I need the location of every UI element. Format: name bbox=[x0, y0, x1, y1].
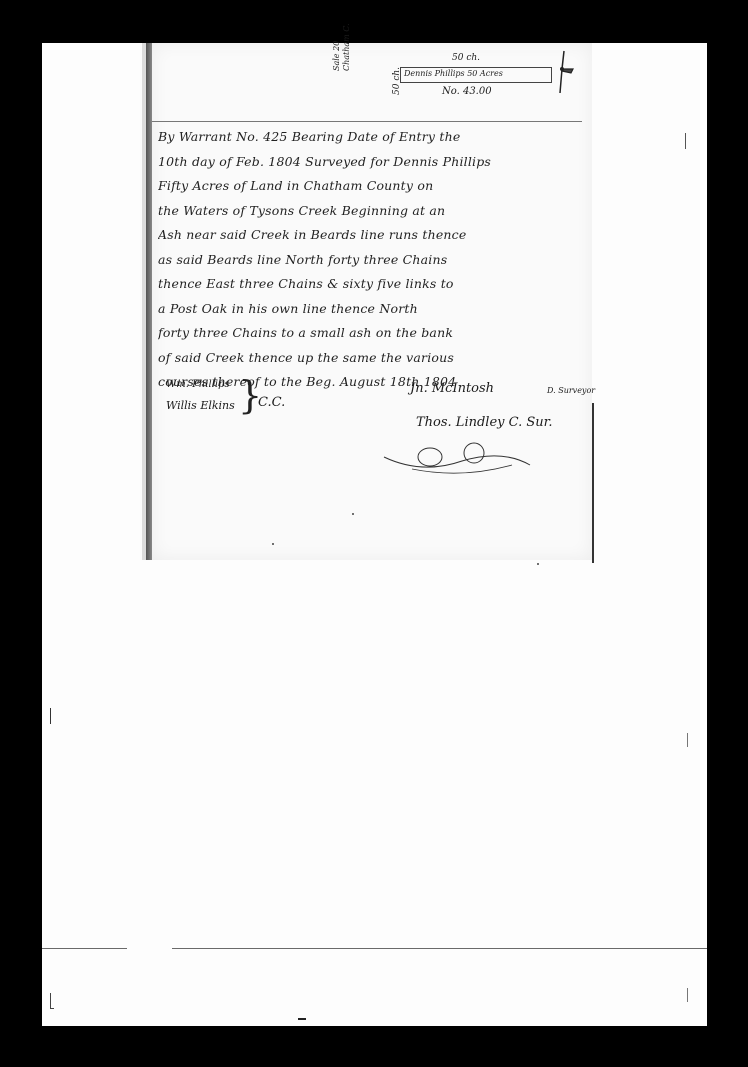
survey-document-sheet: Sale 20 Chatham C. 50 ch. Dennis Phillip… bbox=[152, 43, 592, 560]
body-line: the Waters of Tysons Creek Beginning at … bbox=[158, 199, 588, 224]
scanned-page: Sale 20 Chatham C. 50 ch. Dennis Phillip… bbox=[42, 43, 707, 1026]
body-line: By Warrant No. 425 Bearing Date of Entry… bbox=[158, 125, 588, 150]
corner-tree-icon bbox=[552, 49, 574, 95]
corner-mark bbox=[50, 1008, 54, 1009]
chain-carrier-name: Willis Elkins bbox=[166, 399, 235, 412]
corner-mark bbox=[50, 993, 51, 1008]
margin-note-line: Sale 20 bbox=[332, 23, 342, 71]
plat-side-label: 50 ch. bbox=[392, 67, 402, 95]
paper-speck bbox=[537, 563, 539, 565]
chain-carrier-name: Wm. Phillips bbox=[166, 379, 230, 390]
margin-note: Sale 20 Chatham C. bbox=[332, 23, 352, 71]
body-line: thence East three Chains & sixty five li… bbox=[158, 272, 588, 297]
fold-line-gap bbox=[127, 946, 172, 950]
body-line: a Post Oak in his own line thence North bbox=[158, 297, 588, 322]
center-mark bbox=[298, 1018, 306, 1020]
county-surveyor-signature: Thos. Lindley C. Sur. bbox=[416, 415, 553, 430]
deputy-surveyor-signature: Jn. McIntosh bbox=[410, 381, 494, 396]
chain-carrier-role: C.C. bbox=[258, 395, 285, 410]
edge-mark bbox=[687, 733, 688, 747]
paper-speck bbox=[272, 543, 274, 545]
plat-bottom-label: No. 43.00 bbox=[442, 86, 492, 97]
sheet-right-edge bbox=[592, 403, 594, 563]
signature-flourish-icon bbox=[382, 435, 532, 475]
survey-body-text: By Warrant No. 425 Bearing Date of Entry… bbox=[158, 125, 588, 395]
header-rule bbox=[152, 121, 582, 122]
margin-note-line: Chatham C. bbox=[342, 23, 352, 71]
body-line: Ash near said Creek in Beards line runs … bbox=[158, 223, 588, 248]
edge-mark bbox=[685, 133, 686, 149]
corner-mark bbox=[687, 988, 688, 1002]
plat-label: Dennis Phillips 50 Acres bbox=[404, 69, 503, 78]
paper-speck bbox=[352, 513, 354, 515]
plat-top-label: 50 ch. bbox=[452, 53, 480, 63]
body-line: Fifty Acres of Land in Chatham County on bbox=[158, 174, 588, 199]
body-line: forty three Chains to a small ash on the… bbox=[158, 321, 588, 346]
body-line: of said Creek thence up the same the var… bbox=[158, 346, 588, 371]
deputy-surveyor-title: D. Surveyor bbox=[547, 386, 595, 395]
edge-mark bbox=[50, 708, 51, 724]
body-line: as said Beards line North forty three Ch… bbox=[158, 248, 588, 273]
body-line: 10th day of Feb. 1804 Surveyed for Denni… bbox=[158, 150, 588, 175]
